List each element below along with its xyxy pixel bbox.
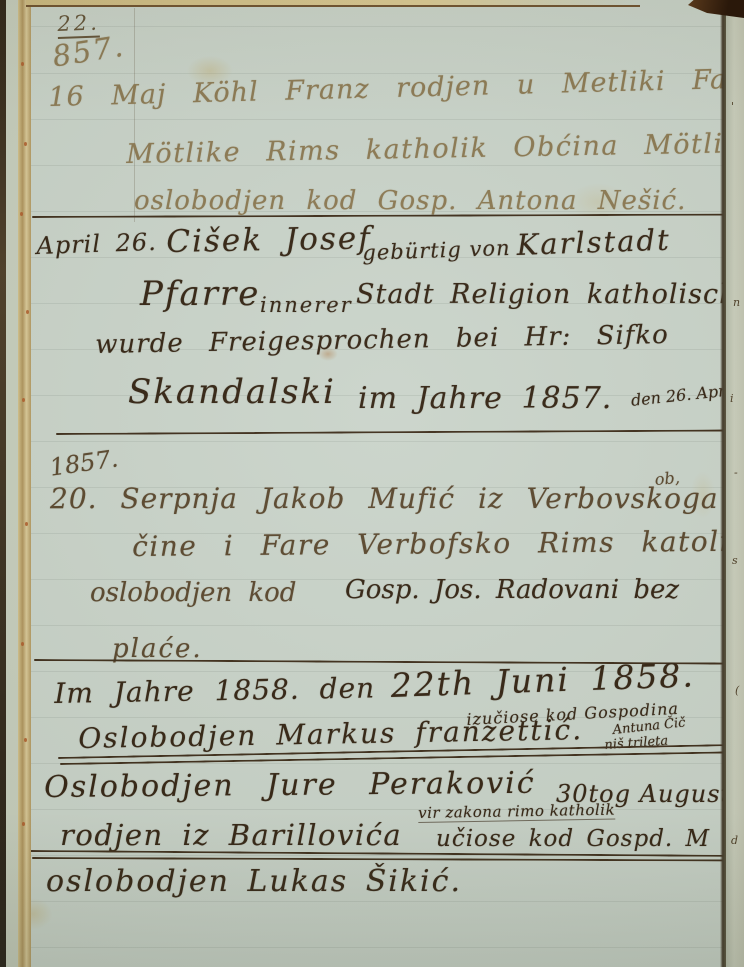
entry4-born: rodjen iz Barillovića (60, 818, 402, 852)
fold-speck (22, 398, 25, 402)
entry1-line3: oslobodjen kod Gosp. Antona Nešić. (134, 186, 686, 216)
entry3-line3b: Gosp. Jos. Radovani bez (345, 575, 679, 605)
book-edge-left (0, 0, 6, 967)
scanned-register-page: 22. 857. 16 Maj Köhl Franz rodjen u Metl… (0, 0, 744, 967)
margin-mark: d (731, 834, 738, 847)
fold-speck (26, 310, 29, 314)
entry2-parish: Pfarre (140, 274, 260, 314)
entry2-origin-place: Karlstadt (516, 223, 671, 262)
entry3-line1: 20. Serpnja Jakob Mufić iz Verbovskoga (50, 482, 719, 515)
entry3-superscript: ob, (654, 468, 681, 489)
entry3-line3a: oslobodjen kod (90, 578, 296, 608)
fold-speck (25, 522, 28, 526)
next-page-sliver (726, 0, 744, 967)
fold-speck (24, 738, 27, 742)
entry2-religion: Stadt Religion katholisch (356, 279, 737, 310)
entry4-released-lukas: oslobodjen Lukas Šikić. (46, 864, 462, 899)
entry3-line2: čine i Fare Verbofsko Rims katolik (132, 525, 744, 563)
fold-speck (22, 822, 25, 826)
entry2-apprentice-name: Cišek Josef (166, 220, 372, 260)
fold-speck (20, 212, 23, 216)
entry2-master: Skandalski (128, 372, 336, 412)
fold-speck (21, 642, 24, 646)
entry4-intro: Im Jahre 1858. den (54, 671, 375, 710)
entry2-year-phrase: im Jahre 1857. (358, 381, 612, 416)
margin-mark: n (733, 296, 740, 309)
entry4-released-jure: Oslobodjen Jure Peraković (44, 766, 536, 805)
fold-speck (24, 142, 27, 146)
margin-mark: ( (735, 684, 739, 697)
entry4-note-faith: vir zakona rimo katholik (418, 801, 615, 823)
entry2-inner: innerer (260, 293, 353, 317)
fold-speck (21, 62, 24, 66)
margin-mark: i (730, 392, 734, 405)
previous-page-sliver (6, 0, 18, 967)
margin-mark: ' (731, 100, 734, 113)
margin-mark: s (732, 554, 738, 567)
entry2-date: April 26. (36, 228, 157, 260)
margin-mark: - (734, 466, 738, 479)
entry4-trained: učiose kod Gospd. M (436, 826, 710, 852)
book-top-edge (26, 0, 640, 7)
